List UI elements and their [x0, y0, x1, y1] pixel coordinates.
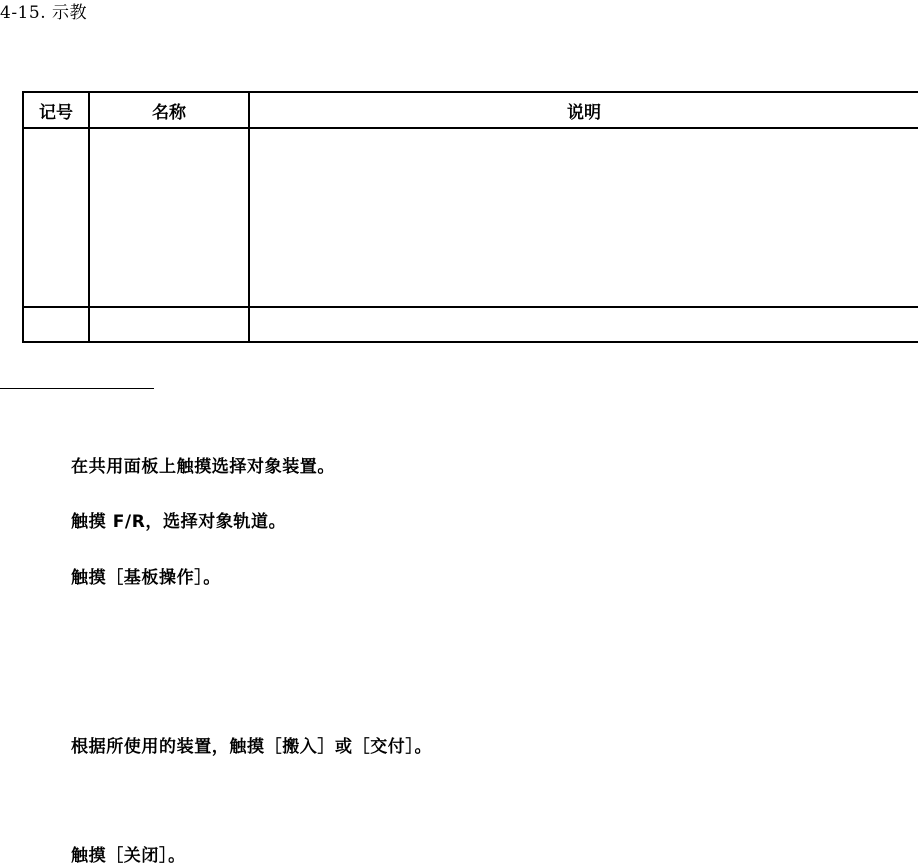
step-1-text: 在共用面板上触摸选择对象装置。 [71, 456, 335, 478]
header-symbol: 记号 [23, 92, 89, 128]
header-name: 名称 [89, 92, 249, 128]
cell-symbol [23, 307, 89, 342]
table-header-row: 记号 名称 说明 [23, 92, 918, 128]
step-3-text: 触摸［基板操作］。 [71, 567, 221, 589]
step-4-text: 根据所使用的装置，触摸［搬入］或［交付］。 [71, 736, 432, 758]
step-2-text: 触摸 F/R，选择对象轨道。 [71, 511, 286, 533]
table-row [23, 128, 918, 307]
symbol-table-container: 记号 名称 说明 [22, 91, 918, 343]
cell-symbol [23, 128, 89, 307]
step-5-text: 触摸［关闭］。 [71, 845, 186, 864]
footnote-divider [0, 388, 154, 389]
cell-name [89, 128, 249, 307]
section-title: 4-15. 示教 [0, 2, 87, 24]
cell-description [249, 128, 918, 307]
cell-description [249, 307, 918, 342]
table-row [23, 307, 918, 342]
symbol-table: 记号 名称 说明 [22, 91, 918, 343]
header-description: 说明 [249, 92, 918, 128]
cell-name [89, 307, 249, 342]
